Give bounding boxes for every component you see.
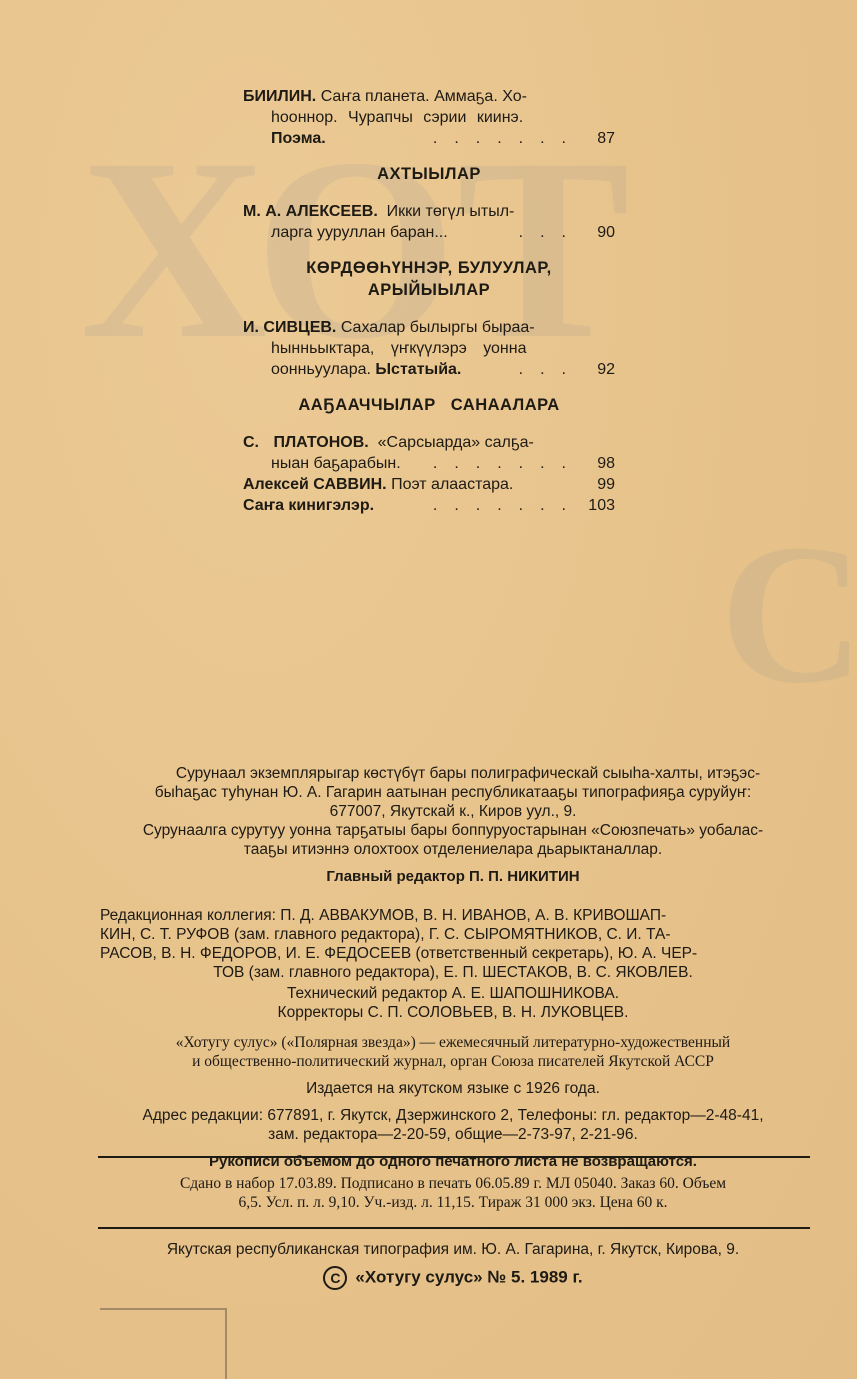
subscription-notice: Сурунаалга сурутуу уонна тарҕатыы бары б…: [92, 821, 814, 859]
divider: [98, 1227, 810, 1229]
toc-entry-savvin: Алексей САВВИН. Поэт алаастара.99: [243, 474, 615, 495]
toc-author: БИИЛИН.: [243, 88, 316, 105]
print-data: Сдано в набор 17.03.89. Подписано в печа…: [92, 1174, 814, 1212]
show-through-watermark: С: [720, 500, 857, 729]
editorial-address: Адрес редакции: 677891, г. Якутск, Дзерж…: [92, 1106, 814, 1144]
toc-entry-biilin: БИИЛИН. Саҥа планета. Аммаҕа. Хо- һоонно…: [243, 86, 615, 149]
stamp-show-through: [100, 1308, 227, 1379]
toc-entry-sivtsev: И. СИВЦЕВ. Сахалар былыргы быраа- һынньы…: [243, 317, 615, 380]
section-heading: ААҔААЧЧЫЛАР САНААЛАРА: [243, 394, 615, 416]
section-heading: КӨРДӨӨҺҮННЭР, БУЛУУЛАР, АРЫЙЫЫЛАР: [243, 257, 615, 301]
manuscripts-notice: Рукописи объемом до одного печатного лис…: [92, 1152, 814, 1171]
chief-editor: Главный редактор П. П. НИКИТИН: [92, 867, 814, 886]
editorial-board: Редакционная коллегия: П. Д. АВВАКУМОВ, …: [92, 906, 814, 982]
published-since: Издается на якутском языке с 1926 года.: [92, 1079, 814, 1098]
page-number: 92: [585, 359, 615, 380]
copyright-line: C«Хотугу сулус» № 5. 1989 г.: [92, 1266, 814, 1290]
printing-notice: Сурунаал экземплярыгар көстүбүт бары пол…: [92, 764, 814, 821]
table-of-contents: БИИЛИН. Саҥа планета. Аммаҕа. Хо- һоонно…: [243, 86, 615, 528]
page-number: 87: [585, 128, 615, 149]
section-heading: АХТЫЫЛАР: [243, 163, 615, 185]
proofreaders: Корректоры С. П. СОЛОВЬЕВ, В. Н. ЛУКОВЦЕ…: [92, 1003, 814, 1022]
journal-description: «Хотугу сулус» («Полярная звезда») — еже…: [92, 1033, 814, 1071]
page-number: 90: [585, 222, 615, 243]
page-number: 99: [585, 474, 615, 495]
divider: [98, 1156, 810, 1158]
page-number: 103: [585, 495, 615, 516]
toc-entry-new-books: Саҥа кинигэлэр........103: [243, 495, 615, 516]
technical-editor: Технический редактор А. Е. ШАПОШНИКОВА.: [92, 984, 814, 1003]
toc-entry-platonov: С. ПЛАТОНОВ. «Сарсыарда» салҕа- ныан баҕ…: [243, 432, 615, 474]
page-number: 98: [585, 453, 615, 474]
copyright-icon: C: [323, 1266, 347, 1290]
toc-entry-alekseev: М. А. АЛЕКСЕЕВ. Икки төгүл ытыл- ларга у…: [243, 201, 615, 243]
printing-house: Якутская республиканская типография им. …: [92, 1240, 814, 1259]
